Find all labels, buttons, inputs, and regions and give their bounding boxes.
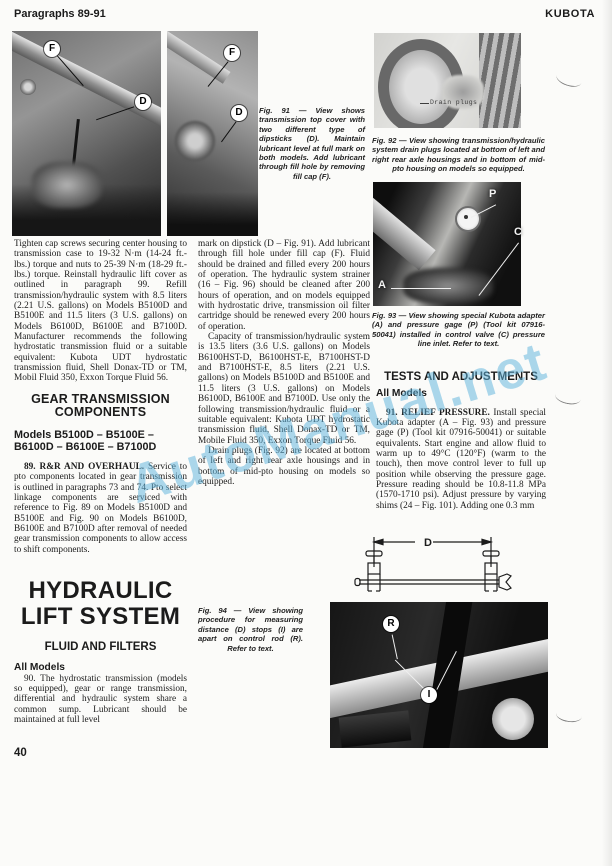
housing-blob — [32, 162, 102, 208]
tests-adjustments-heading: TESTS AND ADJUSTMENTS — [376, 372, 546, 382]
callout-leader-line — [391, 288, 451, 289]
photo-label-arrow — [420, 103, 429, 104]
paragraph-89-lead: 89. R&R AND OVERHAUL. — [24, 462, 144, 472]
bolt-highlight — [20, 79, 36, 95]
fig92-caption: Fig. 92 — View showing transmission/hydr… — [372, 136, 545, 174]
all-models-label-1: All Models — [14, 663, 187, 673]
fig91-callout-d-right: D — [231, 105, 247, 121]
fig93-callout-p: P — [489, 188, 496, 200]
paragraph-capacity: Capacity of transmission/hydraulic syste… — [198, 332, 370, 446]
scan-artifact — [555, 706, 583, 723]
scan-artifact — [554, 68, 583, 89]
tire-tread-shape — [479, 33, 521, 128]
fig93-callout-a: A — [378, 279, 386, 291]
paragraph-89: 89. R&R AND OVERHAUL. Service to pto com… — [14, 462, 187, 555]
fig94-dim-label: D — [424, 537, 432, 549]
fig93-caption: Fig. 93 — View showing special Kubota ad… — [372, 311, 545, 349]
paragraph-91-body: Install special Kubota adapter (A – Fig.… — [376, 408, 546, 511]
plug-highlight — [492, 698, 534, 740]
all-models-label-2: All Models — [376, 389, 546, 399]
frame-shadow — [339, 710, 412, 747]
paragraph-lubricant: mark on dipstick (D – Fig. 91). Add lubr… — [198, 239, 370, 332]
fig91-caption: Fig. 91 — View shows transmission top co… — [259, 106, 365, 181]
column-middle: mark on dipstick (D – Fig. 91). Add lubr… — [198, 239, 370, 487]
lift-arm-shape — [373, 186, 436, 270]
valve-body-blob — [403, 268, 493, 304]
gear-components-heading: GEAR TRANSMISSION COMPONENTS — [14, 393, 187, 420]
fig94-callout-r: R — [383, 616, 399, 632]
fig92-photo-label: Drain plugs — [430, 99, 477, 106]
hydraulic-lift-heading: HYDRAULIC LIFT SYSTEM — [14, 578, 187, 630]
fig91-callout-d-left: D — [135, 94, 151, 110]
paragraph-89-body: Service to pto components located in gea… — [14, 462, 187, 555]
fig92-photo: Drain plugs — [374, 33, 521, 128]
fig91-callout-f-right: F — [224, 45, 240, 61]
fig91-photo-left-panel — [12, 31, 161, 236]
paragraph-refill: Tighten cap screws securing center housi… — [14, 239, 187, 384]
page-header-brand: KUBOTA — [545, 8, 595, 20]
fig91-photo — [12, 31, 258, 236]
fig91-callout-f-left: F — [44, 41, 60, 57]
manual-page: Paragraphs 89-91 KUBOTA F D F D Fig. 91 … — [0, 0, 612, 866]
fig91-photo-right-panel — [167, 31, 258, 236]
scan-artifact — [554, 387, 582, 406]
fig94-diagram: D — [353, 531, 515, 603]
fig94-photo — [330, 602, 548, 748]
fill-hole-blob — [175, 121, 215, 161]
photo-shadow — [167, 192, 258, 236]
paragraph-91: 91. RELIEF PRESSURE. Install special Kub… — [376, 408, 546, 511]
fluid-filters-heading: FLUID AND FILTERS — [14, 642, 187, 652]
gauge-needle-hub — [464, 215, 468, 219]
column-right: TESTS AND ADJUSTMENTS All Models 91. REL… — [376, 372, 546, 511]
fig93-callout-c: C — [514, 226, 522, 238]
fig94-caption: Fig. 94 — View showing procedure for mea… — [198, 606, 303, 653]
paragraph-91-lead: 91. RELIEF PRESSURE. — [386, 408, 490, 418]
fig94-callout-i: I — [421, 687, 437, 703]
column-left: Tighten cap screws securing center housi… — [14, 239, 187, 725]
page-header-left: Paragraphs 89-91 — [14, 8, 106, 20]
models-heading: Models B5100D – B5100E – B6100D – B6100E… — [14, 429, 187, 453]
page-number: 40 — [14, 747, 27, 759]
pressure-gauge-shape — [455, 206, 481, 232]
paragraph-90: 90. The hydrostatic transmission (models… — [14, 674, 187, 726]
edge-highlight — [167, 31, 230, 84]
paragraph-drain-plugs: Drain plugs (Fig. 92) are located at bot… — [198, 446, 370, 487]
